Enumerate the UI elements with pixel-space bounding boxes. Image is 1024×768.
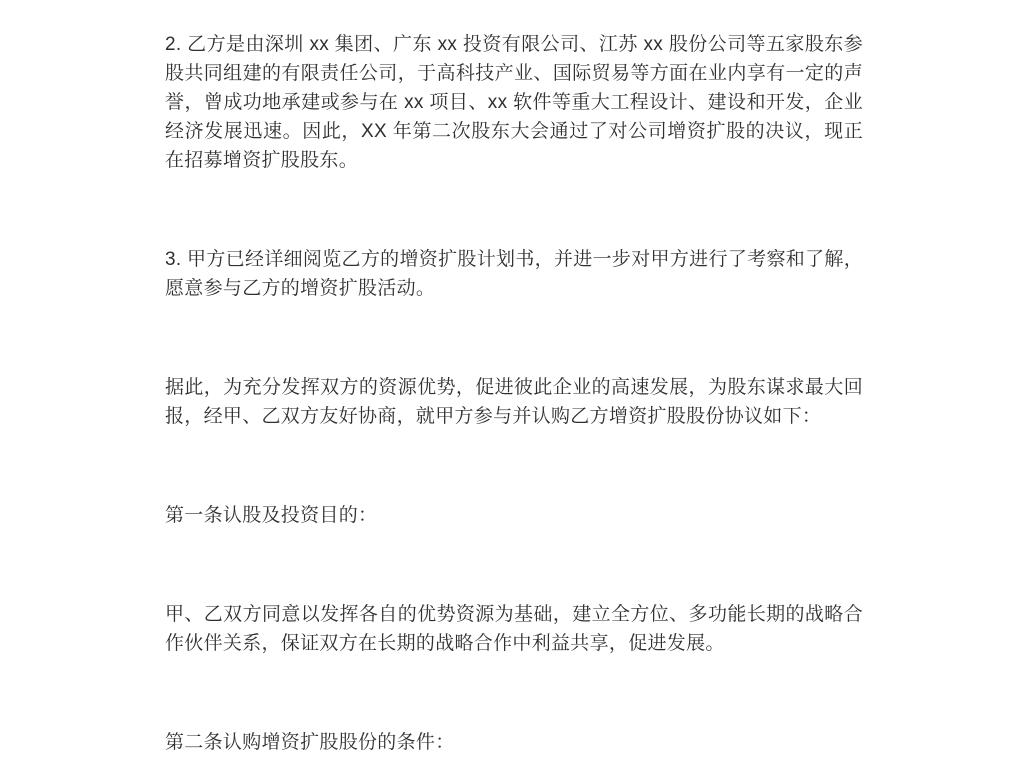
document-body: 2. 乙方是由深圳 xx 集团、广东 xx 投资有限公司、江苏 xx 股份公司等… (165, 30, 863, 757)
paragraph-preamble: 据此，为充分发挥双方的资源优势，促进彼此企业的高速发展，为股东谋求最大回报，经甲… (165, 373, 863, 431)
paragraph-article-1-heading: 第一条认股及投资目的： (165, 501, 863, 530)
paragraph-clause-2: 2. 乙方是由深圳 xx 集团、广东 xx 投资有限公司、江苏 xx 股份公司等… (165, 30, 863, 175)
document-page: 2. 乙方是由深圳 xx 集团、广东 xx 投资有限公司、江苏 xx 股份公司等… (0, 0, 1024, 768)
paragraph-article-2-heading: 第二条认购增资扩股股份的条件： (165, 728, 863, 757)
paragraph-article-1-body: 甲、乙双方同意以发挥各自的优势资源为基础，建立全方位、多功能长期的战略合作伙伴关… (165, 600, 863, 658)
paragraph-clause-3: 3. 甲方已经详细阅览乙方的增资扩股计划书，并进一步对甲方进行了考察和了解，愿意… (165, 245, 863, 303)
